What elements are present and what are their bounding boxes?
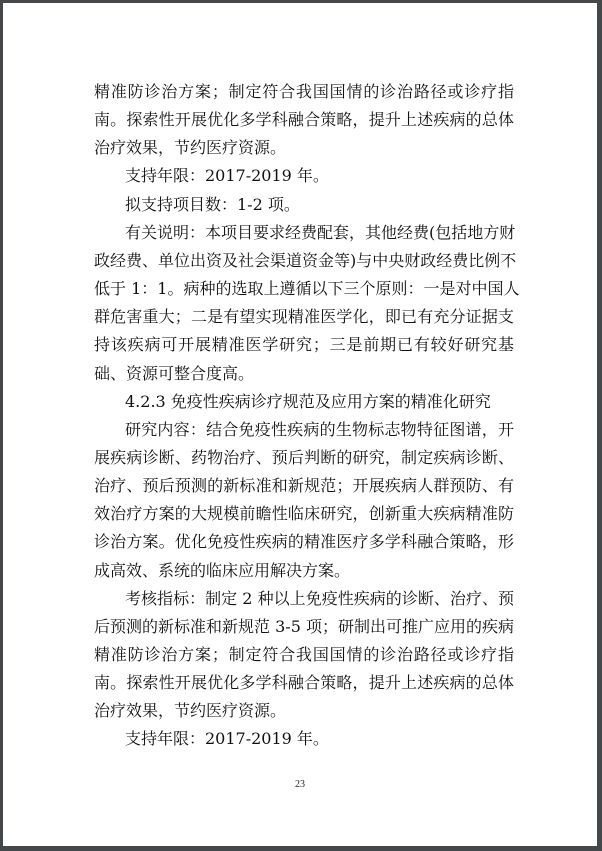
text-line: 南。探索性开展优化多学科融合策略，提升上述疾病的总体: [94, 669, 514, 697]
section-heading: 4.2.3 免疫性疾病诊疗规范及应用方案的精准化研究: [125, 388, 514, 416]
text-line: 治疗效果，节约医疗资源。: [94, 697, 514, 725]
text-line: 群危害重大；二是有望实现精准医学化，即已有充分证据支: [94, 303, 514, 331]
text-line: 治疗、预后预测的新标准和新规范；开展疾病人群预防、有: [94, 472, 514, 500]
page-number: 23: [3, 779, 597, 790]
text-line: 政经费、单位出资及社会渠道资金等)与中央财政经费比例不: [94, 247, 514, 275]
text-line: 研究内容：结合免疫性疾病的生物标志物特征图谱，开: [125, 416, 514, 444]
text-line: 精准防诊治方案；制定符合我国国情的诊治路径或诊疗指: [94, 641, 514, 669]
text-line: 精准防诊治方案；制定符合我国国情的诊治路径或诊疗指: [94, 78, 514, 106]
text-line: 支持年限：2017-2019 年。: [125, 162, 514, 190]
text-line: 拟支持项目数：1-2 项。: [125, 191, 514, 219]
text-line: 后预测的新标准和新规范 3-5 项；研制出可推广应用的疾病: [94, 613, 514, 641]
text-line: 低于 1：1。病种的选取上遵循以下三个原则：一是对中国人: [94, 275, 514, 303]
text-line: 南。探索性开展优化多学科融合策略，提升上述疾病的总体: [94, 106, 514, 134]
text-line: 支持年限：2017-2019 年。: [125, 725, 514, 753]
text-line: 础、资源可整合度高。: [94, 360, 514, 388]
text-line: 有关说明：本项目要求经费配套，其他经费(包括地方财: [125, 219, 514, 247]
text-line: 诊治方案。优化免疫性疾病的精准医疗多学科融合策略，形: [94, 528, 514, 556]
text-line: 成高效、系统的临床应用解决方案。: [94, 557, 514, 585]
document-page: 精准防诊治方案；制定符合我国国情的诊治路径或诊疗指 南。探索性开展优化多学科融合…: [3, 3, 597, 846]
text-line: 展疾病诊断、药物治疗、预后判断的研究，制定疾病诊断、: [94, 444, 514, 472]
text-line: 治疗效果，节约医疗资源。: [94, 134, 514, 162]
text-line: 考核指标：制定 2 种以上免疫性疾病的诊断、治疗、预: [125, 585, 514, 613]
text-line: 效治疗方案的大规模前瞻性临床研究，创新重大疾病精准防: [94, 500, 514, 528]
text-line: 持该疾病可开展精准医学研究；三是前期已有较好研究基: [94, 331, 514, 359]
